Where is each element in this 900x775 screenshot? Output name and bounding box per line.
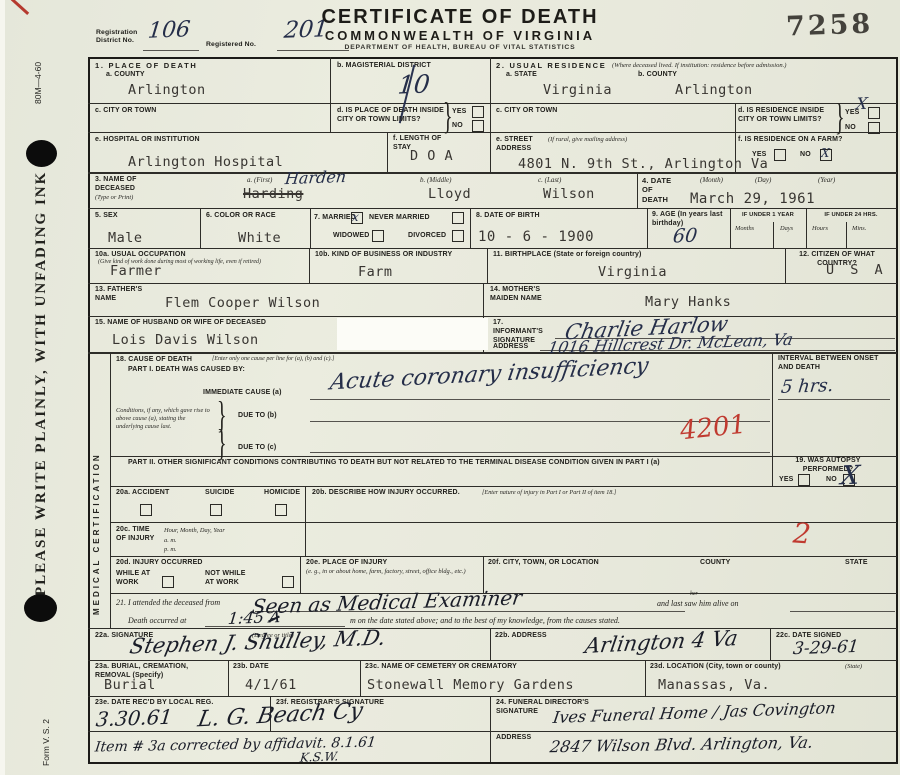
brace-glyph: } (217, 425, 227, 463)
field-9-hours-label: Hours (812, 225, 828, 233)
field-1d-yes-label: YES (452, 108, 466, 117)
field-6-race-label: 6. COLOR OR RACE (206, 212, 276, 221)
field-23b-date-label: 23b. DATE (233, 663, 269, 672)
field-1e-hospital-value: Arlington Hospital (128, 156, 283, 170)
margin-notice: PLEASE WRITE PLAINLY, WITH UNFADING INK (33, 118, 50, 596)
grid-line (88, 352, 897, 354)
handwritten-x-7-married: x (351, 211, 359, 223)
blank-underline (778, 399, 890, 400)
field-17-informant-label: 17. INFORMANT'S SIGNATURE (493, 319, 548, 345)
certificate-title: CERTIFICATE OF DEATH (290, 6, 630, 29)
grid-line (647, 208, 648, 248)
field-19-yes-label: YES (779, 476, 793, 485)
grid-line (110, 486, 897, 487)
field-23b-date-value: 4/1/61 (245, 679, 297, 693)
grid-line (483, 283, 484, 316)
field-18-part1-label: PART I. DEATH WAS CAUSED BY: (128, 366, 245, 375)
grid-line (770, 628, 771, 660)
field-9-mins-label: Mins. (852, 225, 866, 233)
field-20c-note2: a. m. (164, 537, 177, 545)
field-18-part2-label: PART II. OTHER SIGNIFICANT CONDITIONS CO… (128, 459, 748, 468)
grid-line (785, 248, 786, 283)
grid-line (490, 696, 491, 762)
grid-line (110, 522, 897, 523)
checkbox-2f-yes (774, 149, 786, 161)
field-20a-accident-label: 20a. ACCIDENT (116, 489, 169, 498)
checkbox-2d-yes (868, 107, 880, 119)
field-3-middle-value: Lloyd (428, 188, 471, 202)
field-4-month-label: (Month) (700, 176, 723, 185)
field-3-middle-label: b. (Middle) (420, 176, 452, 185)
field-12-citizen-value: U S A (826, 264, 887, 278)
field-20f-label: 20f. CITY, TOWN, OR LOCATION (488, 559, 599, 568)
registration-district-label: Registration District No. (96, 29, 146, 46)
grid-line (360, 660, 361, 696)
field-23c-cemetery-label: 23c. NAME OF CEMETERY OR CREMATORY (365, 663, 517, 672)
field-21-line2-post: m on the date stated above; and to the b… (350, 616, 620, 626)
field-5-sex-label: 5. SEX (95, 212, 118, 221)
checkbox-19-yes (798, 474, 810, 486)
field-3-first-label: a. (First) (247, 176, 272, 185)
field-11-birthplace-value: Virginia (598, 266, 667, 280)
grid-line (490, 57, 491, 172)
grid-line (88, 172, 897, 174)
field-20e-note: (e. g., in or about home, farm, factory,… (306, 568, 478, 576)
checkbox-20d-while (162, 576, 174, 588)
field-22b-address-label: 22b. ADDRESS (495, 632, 547, 641)
field-20b-label: 20b. DESCRIBE HOW INJURY OCCURRED. (312, 489, 460, 498)
field-7-married-label: 7. MARRIED (314, 214, 356, 223)
field-21-line1-pre: 21. I attended the deceased from (116, 598, 220, 608)
grid-line (330, 57, 331, 132)
field-4-day-label: (Day) (755, 176, 771, 185)
field-2d-no-label: NO (845, 124, 856, 133)
field-9-months-label: Months (735, 225, 754, 233)
field-1f-stay-value: D O A (410, 150, 453, 164)
field-23e-received-value: 3.30.61 (95, 707, 173, 730)
field-1a-county-value: Arlington (128, 84, 206, 98)
blank-underline (790, 611, 895, 612)
checkbox-20a-accident (140, 504, 152, 516)
field-24-address-label: ADDRESS (496, 734, 531, 743)
field-8-dob-label: 8. DATE OF BIRTH (476, 212, 540, 221)
field-3-name-label: 3. NAME OF DECEASED (95, 176, 153, 194)
field-18-immediate-label: IMMEDIATE CAUSE (a) (203, 389, 282, 398)
field-1d-no-label: NO (452, 122, 463, 131)
checkbox-20d-notwhile (282, 576, 294, 588)
field-18-due-c-label: DUE TO (c) (238, 444, 276, 453)
grid-line (305, 486, 306, 556)
field-14-mother-label: 14. MOTHER'S MAIDEN NAME (490, 286, 560, 304)
field-2e-street-label: e. STREET ADDRESS (496, 136, 541, 154)
checkbox-7-divorced (452, 230, 464, 242)
field-18-interval-label: INTERVAL BETWEEN ONSET AND DEATH (778, 355, 890, 373)
field-23d-location-value: Manassas, Va. (658, 679, 770, 693)
field-3-first-correction: Harden (284, 169, 347, 187)
field-2e-street-value: 4801 N. 9th St., Arlington Va (518, 158, 768, 172)
field-23a-burial-value: Burial (104, 679, 156, 693)
field-2-title-note: (Where deceased lived. If institution: r… (612, 62, 892, 71)
grid-line (487, 248, 488, 283)
field-4-year-label: (Year) (818, 176, 835, 185)
grid-line (200, 208, 201, 248)
grid-line (387, 132, 388, 172)
field-10a-occupation-value: Farmer (110, 265, 162, 279)
checkbox-7-never (452, 212, 464, 224)
field-23d-location-label: 23d. LOCATION (City, town or county) (650, 663, 781, 672)
checkbox-1d-yes (472, 106, 484, 118)
field-3-name-note: (Type or Print) (95, 194, 133, 202)
medical-certification-side-label: MEDICAL CERTIFICATION (92, 365, 101, 615)
margin-form-id: Form V. S. 2 (41, 686, 51, 766)
field-20e-label: 20e. PLACE OF INJURY (306, 559, 387, 568)
field-1-title: 1. PLACE OF DEATH (95, 61, 198, 70)
grid-line (645, 660, 646, 696)
grid-line (773, 222, 774, 248)
field-20b-note: [Enter nature of injury in Part I or Par… (482, 489, 616, 497)
grid-line (88, 316, 897, 317)
grid-line (88, 103, 897, 104)
field-15-spouse-label: 15. NAME OF HUSBAND OR WIFE OF DECEASED (95, 319, 345, 328)
field-9-under1-label: IF UNDER 1 YEAR (731, 212, 805, 219)
field-8-dob-value: 10 - 6 - 1900 (478, 230, 594, 244)
field-4-date-value: March 29, 1961 (690, 192, 815, 206)
field-19-no-label: NO (826, 476, 837, 485)
field-2b-county-label: b. COUNTY (638, 71, 677, 80)
handwritten-x-2f-no: X (820, 147, 830, 159)
field-2a-state-value: Virginia (543, 84, 612, 98)
field-2b-county-value: Arlington (675, 84, 753, 98)
registered-no-label: Registered No. (206, 41, 256, 49)
field-1b-magisterial-value: 10 (397, 71, 431, 97)
field-10b-business-label: 10b. KIND OF BUSINESS OR INDUSTRY (315, 251, 452, 260)
grid-line (637, 172, 638, 208)
field-23d-state-note: (State) (845, 663, 862, 671)
field-20f-state-label: STATE (845, 559, 868, 568)
field-18-interval-value: 5 hrs. (780, 377, 834, 397)
field-3-last-label: c. (Last) (538, 176, 561, 185)
field-20c-note3: p. m. (164, 546, 177, 554)
field-22c-date-value: 3-29-61 (792, 639, 859, 658)
grid-line (88, 248, 897, 249)
registration-district-value: 106 (147, 19, 191, 43)
grid-line (88, 132, 897, 133)
margin-print-code: 80M—4-60 (33, 24, 43, 104)
field-19-autopsy-label: 19. WAS AUTOPSY PERFORMED? (778, 457, 878, 475)
field-2e-street-note: (If rural, give mailing address) (548, 136, 627, 144)
field-18-conditions-note: Conditions, if any, which gave rise to a… (116, 407, 212, 432)
field-24-address-value: 2847 Wilson Blvd. Arlington, Va. (549, 735, 815, 756)
checkbox-20a-homicide (275, 504, 287, 516)
handwritten-x-2d-yes: X (855, 96, 868, 112)
field-2f-farm-label: f. IS RESIDENCE ON A FARM? (738, 136, 896, 145)
grid-line (88, 731, 490, 732)
blank-underline (143, 50, 199, 51)
field-10b-business-value: Farm (358, 266, 393, 280)
field-1d-limits-label: d. IS PLACE OF DEATH INSIDE CITY OR TOWN… (337, 107, 445, 125)
grid-line (88, 208, 897, 209)
field-6-race-value: White (238, 232, 281, 246)
field-20a-suicide-label: SUICIDE (205, 489, 234, 498)
field-2d-limits-label: d. IS RESIDENCE INSIDE CITY OR TOWN LIMI… (738, 107, 833, 125)
field-2c-city-label: c. CITY OR TOWN (496, 107, 558, 116)
blank-underline (310, 399, 770, 400)
grid-line (110, 556, 897, 557)
field-7-widowed-label: WIDOWED (333, 232, 369, 241)
field-20d-notwhile-label: NOT WHILE AT WORK (205, 570, 255, 588)
field-18-cause-label: 18. CAUSE OF DEATH (116, 356, 192, 365)
red-code-annotation: 4201 (679, 412, 748, 445)
field-7-divorced-label: DIVORCED (408, 232, 446, 241)
field-1c-city-label: c. CITY OR TOWN (95, 107, 157, 116)
field-13-father-value: Flem Cooper Wilson (165, 297, 320, 311)
grid-line (88, 696, 897, 697)
field-3-last-value: Wilson (543, 188, 595, 202)
field-9-days-label: Days (780, 225, 793, 233)
field-2-title: 2. USUAL RESIDENCE (496, 61, 606, 70)
field-7-never-label: NEVER MARRIED (369, 214, 430, 223)
grid-line (490, 731, 897, 732)
field-21-line1-post: and last saw him alive on (657, 599, 739, 609)
grid-line (490, 628, 491, 660)
red-pen-mark (11, 0, 29, 15)
death-certificate-scan: 80M—4-60 PLEASE WRITE PLAINLY, WITH UNFA… (0, 0, 900, 775)
department-line: DEPARTMENT OF HEALTH, BUREAU OF VITAL ST… (290, 44, 630, 51)
grid-line (470, 208, 471, 248)
brace-glyph: } (835, 99, 845, 137)
paper-edge (0, 0, 5, 775)
field-18-cause-note: [Enter only one cause per line for (a), … (212, 356, 334, 364)
checkbox-2d-no (868, 122, 880, 134)
grid-line (806, 208, 807, 248)
grid-line (310, 208, 311, 248)
field-1e-hospital-label: e. HOSPITAL OR INSTITUTION (95, 136, 200, 145)
field-4-date-label: 4. DATE OF DEATH (642, 176, 680, 204)
field-20f-county-label: COUNTY (700, 559, 730, 568)
field-21-her-note: her (690, 591, 698, 599)
checkbox-20a-suicide (210, 504, 222, 516)
field-20d-label: 20d. INJURY OCCURRED (116, 559, 226, 568)
hole-punch-bottom (24, 594, 57, 622)
checkbox-1d-no (472, 120, 484, 132)
grid-line (772, 352, 773, 486)
field-20a-homicide-label: HOMICIDE (264, 489, 300, 498)
field-20c-time-label: 20c. TIME OF INJURY (116, 526, 160, 544)
grid-line (88, 628, 897, 629)
field-23c-cemetery-value: Stonewall Memory Gardens (367, 679, 574, 693)
grid-line (110, 352, 111, 628)
field-11-birthplace-label: 11. BIRTHPLACE (State or foreign country… (493, 251, 642, 260)
field-2f-no-label: NO (800, 151, 811, 160)
blank-underline (310, 452, 770, 453)
field-20c-note1: Hour, Month, Day, Year (164, 527, 225, 535)
field-5-sex-value: Male (108, 232, 143, 246)
handwritten-x-19-no: X (840, 463, 861, 490)
field-21-line2-pre: Death occurred at (128, 616, 186, 626)
field-18-due-b-label: DUE TO (b) (238, 412, 277, 421)
field-2f-yes-label: YES (752, 151, 766, 160)
field-13-father-label: 13. FATHER'S NAME (95, 286, 150, 304)
red-number-annotation: 2 (792, 519, 812, 548)
grid-line (228, 660, 229, 696)
commonwealth-subtitle: COMMONWEALTH OF VIRGINIA (290, 28, 630, 43)
grid-line (88, 283, 897, 284)
field-1a-county-label: a. COUNTY (106, 71, 145, 80)
field-3-first-struck: Harding (243, 188, 303, 202)
field-2a-state-label: a. STATE (506, 71, 537, 80)
grid-line (300, 556, 301, 593)
correction-note-initials: K.S.W. (299, 750, 339, 763)
redaction-box (337, 318, 488, 350)
field-9-under24-label: IF UNDER 24 HRS. (808, 212, 894, 219)
field-14-mother-value: Mary Hanks (645, 296, 731, 310)
grid-line (88, 660, 897, 661)
field-15-spouse-value: Lois Davis Wilson (112, 334, 259, 348)
checkbox-7-widowed (372, 230, 384, 242)
field-20d-while-label: WHILE AT WORK (116, 570, 158, 588)
certificate-number-stamp: 7258 (786, 10, 874, 40)
field-9-age-value: 60 (672, 227, 698, 247)
field-17-address-label: ADDRESS (493, 343, 528, 352)
grid-line (309, 248, 310, 283)
grid-line (846, 222, 847, 248)
